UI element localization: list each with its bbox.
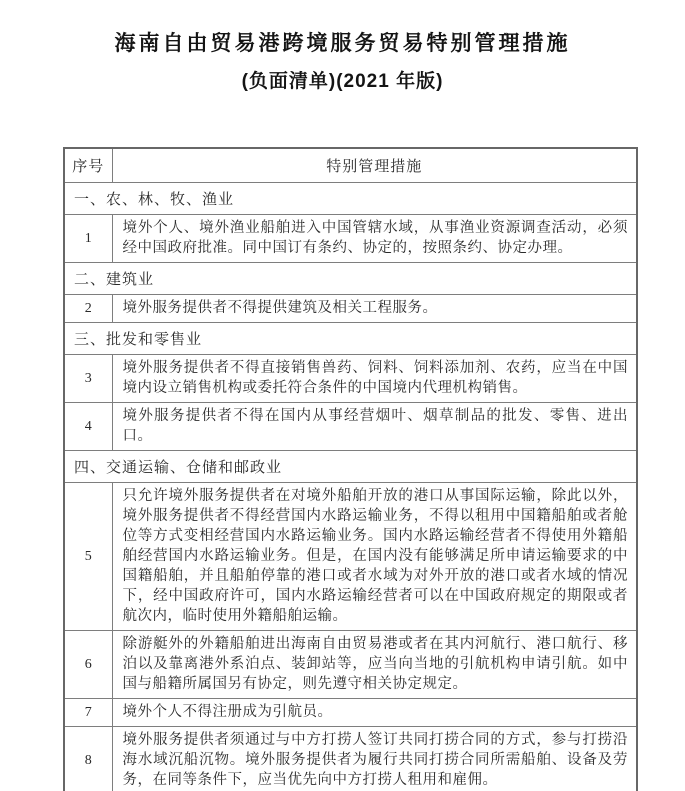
measure-row: 2境外服务提供者不得提供建筑及相关工程服务。	[64, 295, 637, 323]
measure-text: 只允许境外服务提供者在对境外船舶开放的港口从事国际运输，除此以外，境外服务提供者…	[112, 483, 637, 631]
header-measure: 特别管理措施	[112, 148, 637, 183]
measure-number: 6	[64, 631, 112, 699]
header-seq: 序号	[64, 148, 112, 183]
document-title-line1: 海南自由贸易港跨境服务贸易特别管理措施	[0, 27, 685, 57]
document-page: 海南自由贸易港跨境服务贸易特别管理措施 (负面清单)(2021 年版) 序号 特…	[0, 0, 685, 791]
measure-text: 境外个人、境外渔业船舶进入中国管辖水域，从事渔业资源调查活动，必须经中国政府批准…	[112, 215, 637, 263]
measure-row: 4境外服务提供者不得在国内从事经营烟叶、烟草制品的批发、零售、进出口。	[64, 403, 637, 451]
measure-number: 2	[64, 295, 112, 323]
measure-number: 3	[64, 355, 112, 403]
measure-row: 6除游艇外的外籍船舶进出海南自由贸易港或者在其内河航行、港口航行、移泊以及靠离港…	[64, 631, 637, 699]
measure-row: 8境外服务提供者须通过与中方打捞人签订共同打捞合同的方式，参与打捞沿海水域沉船沉…	[64, 727, 637, 791]
measure-text: 除游艇外的外籍船舶进出海南自由贸易港或者在其内河航行、港口航行、移泊以及靠离港外…	[112, 631, 637, 699]
measure-number: 1	[64, 215, 112, 263]
measure-number: 7	[64, 699, 112, 727]
section-row: 二、建筑业	[64, 263, 637, 295]
measure-text: 境外服务提供者不得直接销售兽药、饲料、饲料添加剂、农药，应当在中国境内设立销售机…	[112, 355, 637, 403]
measure-number: 4	[64, 403, 112, 451]
measures-table: 序号 特别管理措施 一、农、林、牧、渔业1境外个人、境外渔业船舶进入中国管辖水域…	[63, 147, 638, 791]
section-row: 一、农、林、牧、渔业	[64, 183, 637, 215]
measures-table-body: 一、农、林、牧、渔业1境外个人、境外渔业船舶进入中国管辖水域，从事渔业资源调查活…	[64, 183, 637, 791]
section-row: 三、批发和零售业	[64, 323, 637, 355]
section-title: 二、建筑业	[64, 263, 637, 295]
measure-text: 境外服务提供者不得在国内从事经营烟叶、烟草制品的批发、零售、进出口。	[112, 403, 637, 451]
measure-number: 8	[64, 727, 112, 791]
measure-text: 境外个人不得注册成为引航员。	[112, 699, 637, 727]
measure-number: 5	[64, 483, 112, 631]
measure-text: 境外服务提供者不得提供建筑及相关工程服务。	[112, 295, 637, 323]
section-title: 一、农、林、牧、渔业	[64, 183, 637, 215]
measure-row: 5只允许境外服务提供者在对境外船舶开放的港口从事国际运输，除此以外，境外服务提供…	[64, 483, 637, 631]
measure-row: 7境外个人不得注册成为引航员。	[64, 699, 637, 727]
section-title: 四、交通运输、仓储和邮政业	[64, 451, 637, 483]
section-title: 三、批发和零售业	[64, 323, 637, 355]
section-row: 四、交通运输、仓储和邮政业	[64, 451, 637, 483]
measure-row: 1境外个人、境外渔业船舶进入中国管辖水域，从事渔业资源调查活动，必须经中国政府批…	[64, 215, 637, 263]
table-header-row: 序号 特别管理措施	[64, 148, 637, 183]
measure-text: 境外服务提供者须通过与中方打捞人签订共同打捞合同的方式，参与打捞沿海水域沉船沉物…	[112, 727, 637, 791]
document-title-line2: (负面清单)(2021 年版)	[0, 66, 685, 93]
measure-row: 3境外服务提供者不得直接销售兽药、饲料、饲料添加剂、农药，应当在中国境内设立销售…	[64, 355, 637, 403]
